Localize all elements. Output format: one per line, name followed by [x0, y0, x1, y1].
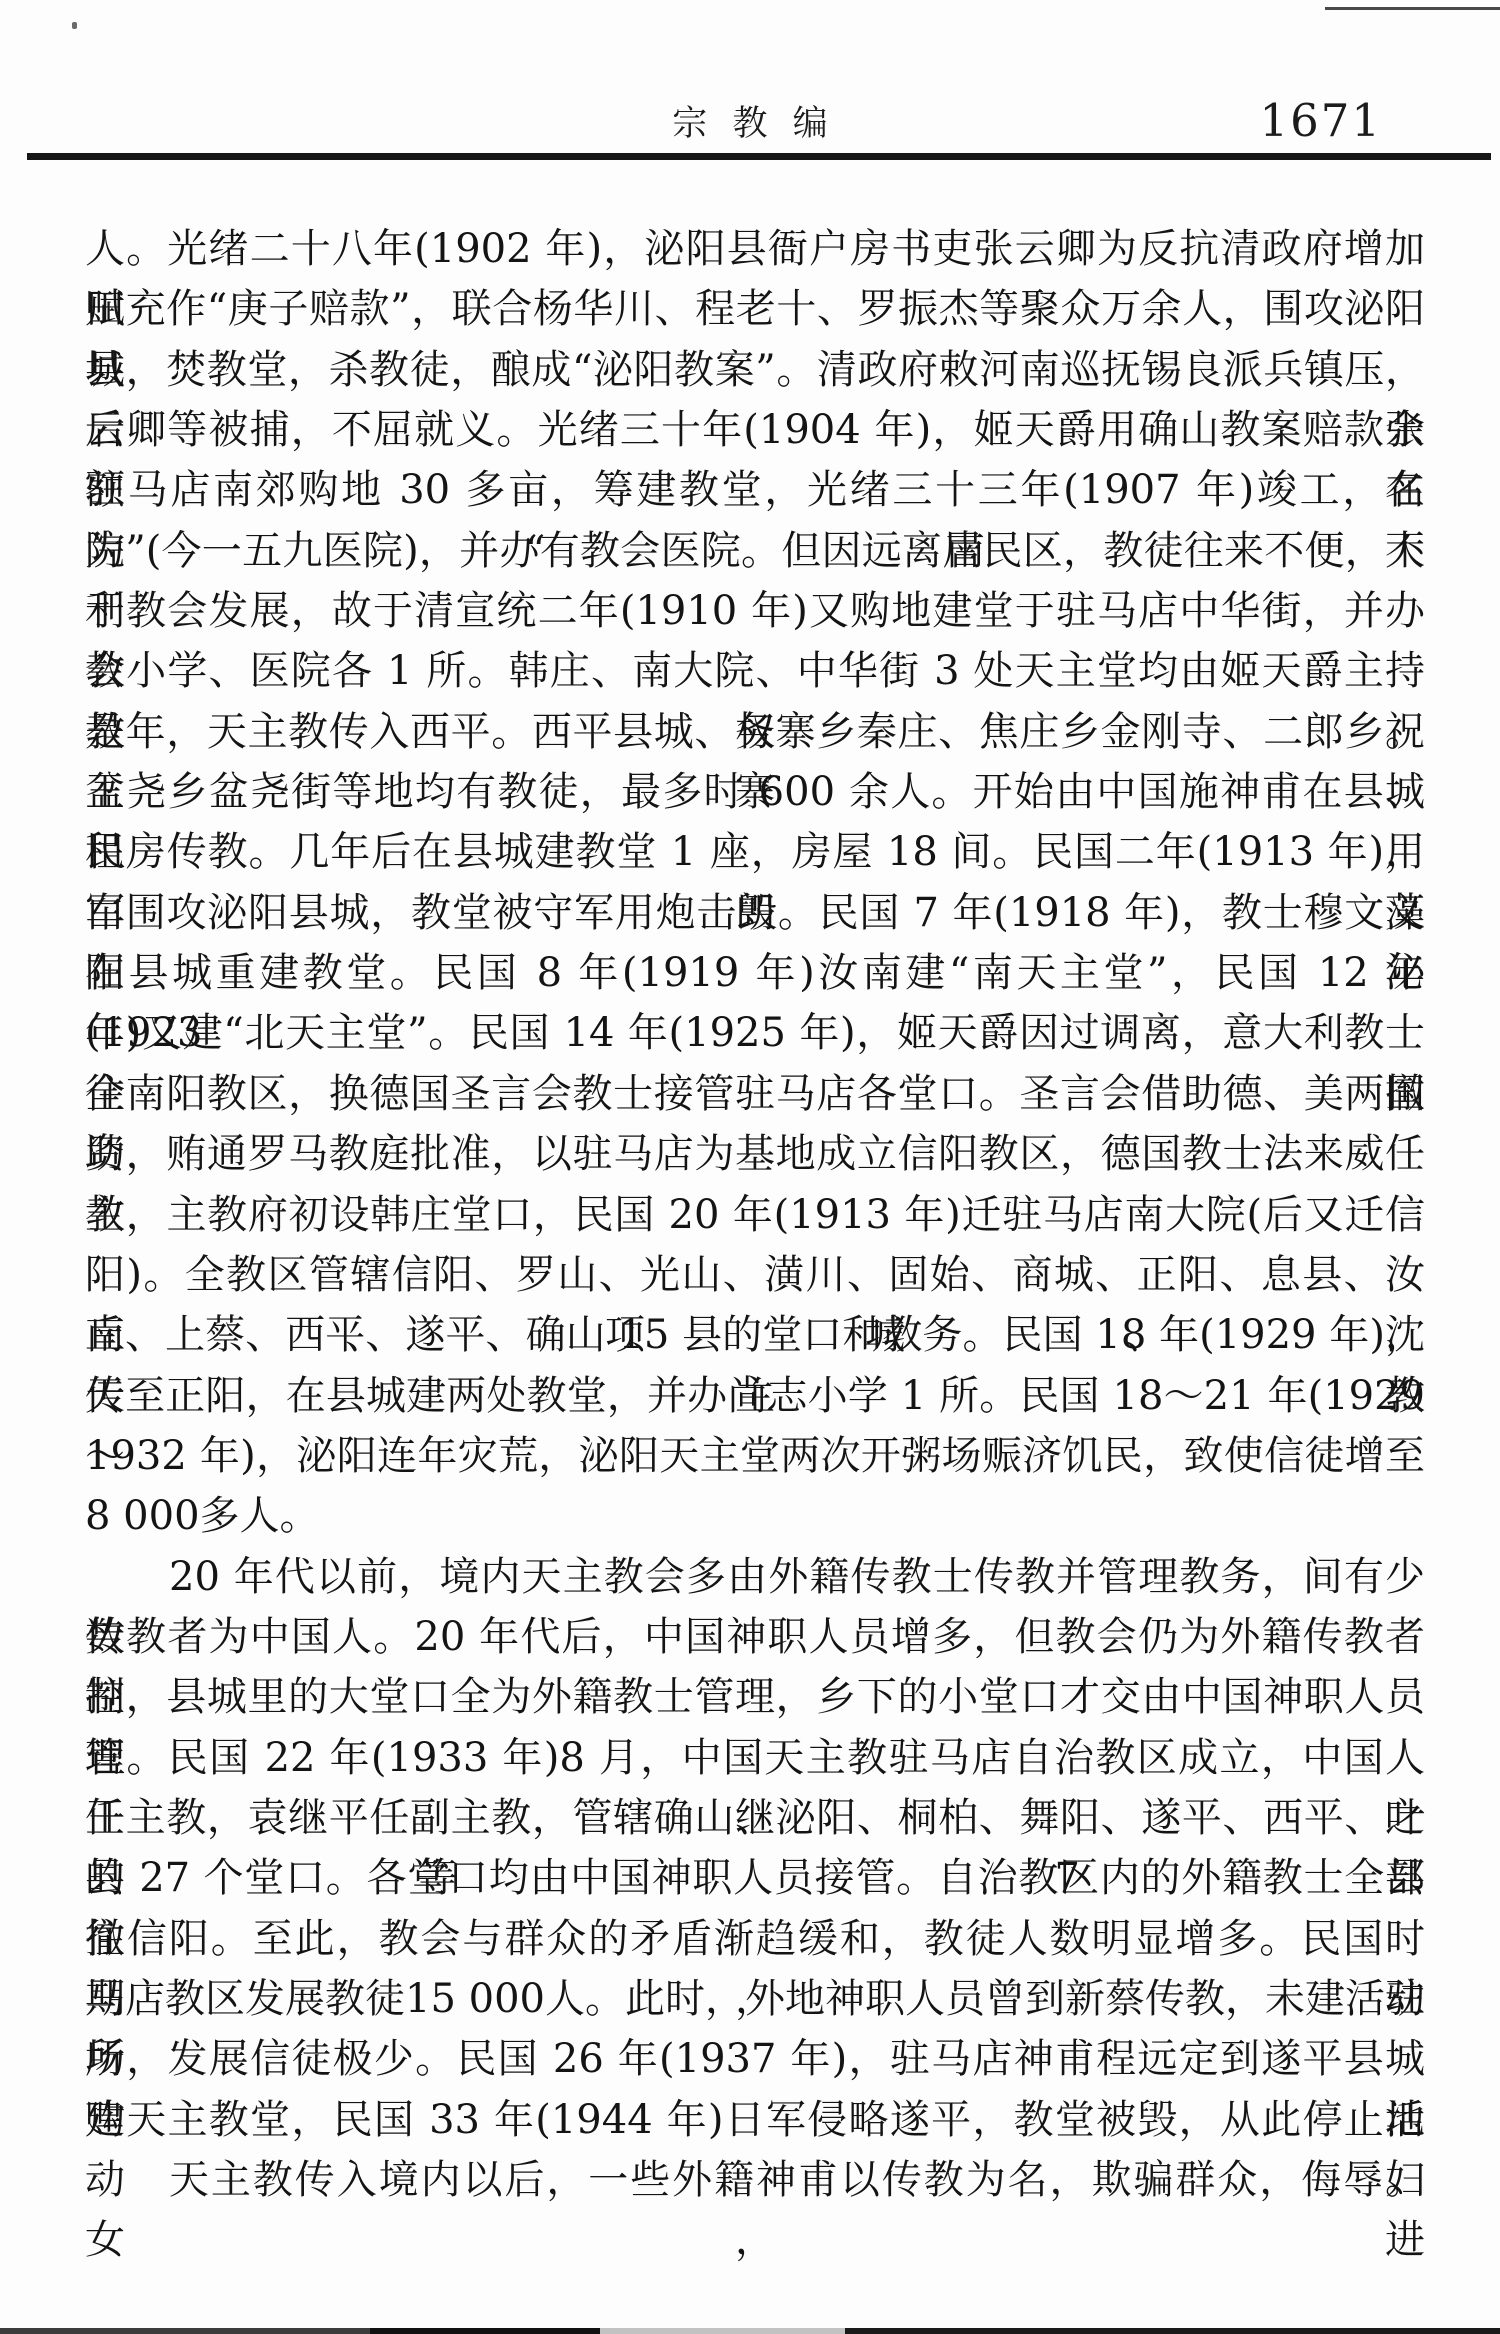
page-number: 1671 [1259, 94, 1382, 147]
text-line: 建天主教堂，民国 33 年(1944 年)日军侵略遂平，教堂被毁，从此停止活动。 [85, 2090, 1425, 2150]
text-line: 所，发展信徒极少。民国 26 年(1937 年)，驻马店神甫程远定到遂平县城购地 [85, 2029, 1425, 2089]
scan-artifact-bottom-edge [845, 2328, 1500, 2334]
page-body: 人。光绪二十八年(1902 年)，泌阳县衙户房书吏张云卿为反抗清政府增加田赋充作… [85, 219, 1425, 2210]
text-line: 往南阳教区，换德国圣言会教士接管驻马店各堂口。圣言会借助德、美两国资 [85, 1064, 1425, 1124]
scan-artifact-top-line [1325, 7, 1500, 10]
text-line: 院”(今一五九医院)，并办有教会医院。但因远离居民区，教徒往来不便，不利 [85, 521, 1425, 581]
text-line: 是年，天主教传入西平。西平县城、权寨乡秦庄、焦庄乡金刚寺、二郎乡祝王寨、 [85, 702, 1425, 762]
text-line: 的 27 个堂口。各堂口均由中国神职人员接管。自治教区内的外籍教士全部撤 [85, 1848, 1425, 1908]
text-line: 赋充作“庚子赔款”，联合杨华川、程老十、罗振杰等聚众万余人，围攻泌阳县 [85, 279, 1425, 339]
text-line: 传教者为中国人。20 年代后，中国神职人员增多，但教会仍为外籍传教者控 [85, 1607, 1425, 1667]
text-line: 民房传教。几年后在县城建教堂 1 座，房屋 18 间。民国二年(1913 年)，… [85, 822, 1425, 882]
text-line: 1932 年)，泌阳连年灾荒，泌阳天主堂两次开粥场赈济饥民，致使信徒增至 [85, 1426, 1425, 1486]
text-line: 制，县城里的大堂口全为外籍教士管理，乡下的小堂口才交由中国神职人员管 [85, 1667, 1425, 1727]
running-head: 宗教编 1671 [0, 96, 1500, 146]
text-line: 丘、上蔡、西平、遂平、确山 15 县的堂口和教务。民国 18 年(1929 年)… [85, 1305, 1425, 1365]
scan-artifact-speck [72, 22, 77, 29]
scan-artifact-bottom-edge [370, 2328, 600, 2334]
text-line: 会小学、医院各 1 所。韩庄、南大院、中华街 3 处天主堂均由姬天爵主持教务。 [85, 641, 1425, 701]
header-rule [27, 153, 1491, 160]
text-line: 助，贿通罗马教庭批准，以驻马店为基地成立信阳教区，德国教士法来威任主 [85, 1124, 1425, 1184]
text-line: 人。光绪二十八年(1902 年)，泌阳县衙户房书吏张云卿为反抗清政府增加田 [85, 219, 1425, 279]
text-line: 传至正阳，在县城建两处教堂，并办尚志小学 1 所。民国 18～21 年(1929… [85, 1366, 1425, 1426]
text-line: 任主教，袁继平任副主教，管辖确山、泌阳、桐柏、舞阳、遂平、西平、叶县等 7 县 [85, 1788, 1425, 1848]
text-line: 军围攻泌阳县城，教堂被守军用炮击毁。民国 7 年(1918 年)，教士穆文藻在泌 [85, 883, 1425, 943]
scan-artifact-bottom-edge [600, 2328, 845, 2334]
text-line: 驻马店南郊购地 30 多亩，筹建教堂，光绪三十三年(1907 年)竣工，名为“南… [85, 460, 1425, 520]
text-line: 阳)。全教区管辖信阳、罗山、光山、潢川、固始、商城、正阳、息县、汝南、项城、沈 [85, 1245, 1425, 1305]
text-line: 教，主教府初设韩庄堂口，民国 20 年(1913 年)迁驻马店南大院(后又迁信 [85, 1185, 1425, 1245]
text-line: 城，焚教堂，杀教徒，酿成“泌阳教案”。清政府敕河南巡抚锡良派兵镇压，后张 [85, 340, 1425, 400]
text-line: 往信阳。至此，教会与群众的矛盾渐趋缓和，教徒人数明显增多。民国时期，驻 [85, 1909, 1425, 1969]
text-line: 于教会发展，故于清宣统二年(1910 年)又购地建堂于驻马店中华街，并办教 [85, 581, 1425, 641]
text-line: 云卿等被捕，不屈就义。光绪三十年(1904 年)，姬天爵用确山教案赔款余额在 [85, 400, 1425, 460]
text-line: 阳县城重建教堂。民国 8 年(1919 年)汝南建“南天主堂”，民国 12 年(… [85, 943, 1425, 1003]
text-line: 天主教传入境内以后，一些外籍神甫以传教为名，欺骗群众，侮辱妇女，进 [85, 2150, 1425, 2210]
text-line: 20 年代以前，境内天主教会多由外籍传教士传教并管理教务，间有少数 [85, 1547, 1425, 1607]
book-page: 宗教编 1671 人。光绪二十八年(1902 年)，泌阳县衙户房书吏张云卿为反抗… [0, 0, 1500, 2334]
text-line: 盆尧乡盆尧街等地均有教徒，最多时 600 余人。开始由中国施神甫在县城租用 [85, 762, 1425, 822]
text-line: 理。民国 22 年(1933 年)8 月，中国天主教驻马店自治教区成立，中国人王… [85, 1728, 1425, 1788]
text-line: 年)又建“北天主堂”。民国 14 年(1925 年)，姬天爵因过调离，意大利教士… [85, 1003, 1425, 1063]
scan-artifact-bottom-edge [0, 2328, 370, 2334]
text-line: 8 000多人。 [85, 1486, 1425, 1546]
text-line: 马店教区发展教徒15 000人。此时，外地神职人员曾到新蔡传教，未建活动场 [85, 1969, 1425, 2029]
